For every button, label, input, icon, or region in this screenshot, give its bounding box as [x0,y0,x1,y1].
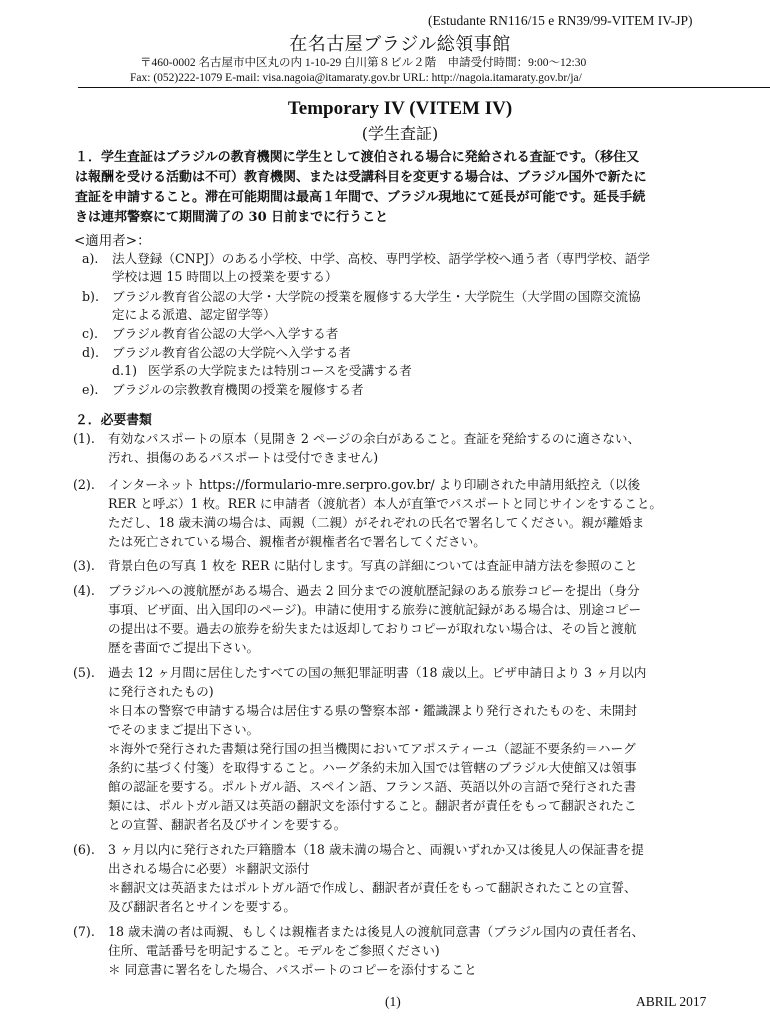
document-item-line: でそのままご提出下さい。 [108,721,259,739]
contact-line: Fax: (052)222-1079 E-mail: visa.nagoia@i… [130,72,582,84]
eligibility-item-line: 定による派遣、認定留学等） [112,306,276,324]
document-item-line: との宣誓、翻訳者名及びサインを要する。 [108,816,346,834]
eligibility-item-line: 医学系の大学院または特別コースを受講する者 [148,362,412,380]
eligibility-item-line: 法人登録（CNPJ）のある小学校、中学、高校、専門学校、語学学校へ通う者（専門学… [112,250,650,268]
item-marker: a). [82,250,98,268]
document-item-line: ブラジルへの渡航歴がある場合、過去 2 回分までの渡航歴記録のある旅券コピーを提… [108,582,640,600]
eligibility-item-line: ブラジル教育省公認の大学へ入学する者 [112,325,338,343]
document-item-line: 条約に基づく付箋）を取得すること。ハーグ条約未加入国では管轄のブラジル大使館又は… [108,759,637,777]
document-item-line: 類には、ポルトガル語又は英語の翻訳文を添付すること。翻訳者が責任をもって翻訳され… [108,797,637,815]
item-marker: d.1) [112,362,137,380]
document-item-line: 有効なパスポートの原本（見開き 2 ページの余白があること。査証を発給するのに適… [108,430,640,448]
document-item-line: 3 ヶ月以内に発行された戸籍謄本（18 歳未満の場合と、両親いずれか又は後見人の… [108,841,644,859]
eligibility-item-line: ブラジル教育省公認の大学院へ入学する者 [112,344,351,362]
section-1-line: 査証を申請すること。滞在可能期間は最高１年間で、ブラジル現地にて延長が可能です。… [75,189,645,207]
document-item-line: 汚れ、損傷のあるパスポートは受付できません) [108,449,378,467]
document-item-line: に発行されたもの) [108,683,214,701]
eligibility-item-line: 学校は週 15 時間以上の授業を要する） [112,268,338,286]
item-marker: d). [82,344,99,362]
page-number: (1) [385,994,401,1010]
item-marker: (2). [73,476,95,494]
item-marker: (3). [73,557,95,575]
document-item-line: たは死亡されている場合、親権者が親権者名で署名してください。 [108,533,486,551]
document-item-line: ＊翻訳文は英語またはポルトガル語で作成し、翻訳者が責任をもって翻訳されたことの宣… [108,879,637,897]
section-1-line: は報酬を受ける活動は不可）教育機関、または受講科目を変更する場合は、ブラジル国外… [75,169,647,187]
document-item-line: 18 歳未満の者は両親、もしくは親権者または後見人の渡航同意書（ブラジル国内の責… [108,923,644,941]
document-item-line: 及び翻訳者名とサインを要する。 [108,898,296,916]
item-marker: (7). [73,923,95,941]
document-item-line: 住所、電話番号を明記すること。モデルをご参照ください) [108,942,440,960]
item-marker: c). [82,325,98,343]
header-divider [78,87,770,88]
document-item-line: 事項、ビザ面、出入国印のページ)。申請に使用する旅券に渡航記録がある場合は、別途… [108,601,641,619]
regulation-reference: (Estudante RN116/15 e RN39/99-VITEM IV-J… [428,13,692,29]
document-item-line: ＊ 同意書に署名をした場合、パスポートのコピーを添付すること [108,961,477,979]
section-1-line: １．学生査証はブラジルの教育機関に学生として渡伯される場合に発給される査証です。… [75,149,639,167]
section-2-heading: ２．必要書類 [75,412,152,430]
item-marker: (1). [73,430,95,448]
document-item-line: 館の認証を要する。ポルトガル語、スペイン語、フランス語、英語以外の言語で発行され… [108,778,636,796]
document-title: Temporary IV (VITEM IV) [0,98,770,120]
document-item-line: 過去 12 ヶ月間に居住したすべての国の無犯罪証明書（18 歳以上。ビザ申請日よ… [108,664,646,682]
item-marker: (4). [73,582,95,600]
address-line: 〒460-0002 名古屋市中区丸の内 1-10-29 白川第８ビル２階 申請受… [140,54,586,70]
document-subtitle: (学生査証) [0,121,770,144]
eligibility-heading: <適用者>： [74,232,151,250]
document-item-line: 出される場合に必要）＊翻訳文添付 [108,860,310,878]
item-marker: b). [82,288,99,306]
item-marker: e). [82,381,98,399]
document-item-line: の提出は不要。過去の旅券を紛失または返却しておりコピーが取れない場合は、その旨と… [108,620,636,638]
eligibility-item-line: ブラジルの宗教教育機関の授業を履修する者 [112,381,364,399]
item-marker: (5). [73,664,95,682]
section-1-line: きは連邦警察にて期間満了の 30 日前までに行うこと [75,209,388,227]
document-item-line: 背景白色の写真 1 枚を RER に貼付します。写真の詳細については査証申請方法… [108,557,638,575]
eligibility-item-line: ブラジル教育省公認の大学・大学院の授業を履修する大学生・大学院生（大学間の国際交… [112,288,641,306]
document-item-line: インターネット https://formulario-mre.serpro.go… [108,476,640,494]
document-item-line: ただし、18 歳未満の場合は、両親（二親）がそれぞれの氏名で署名してください。親… [108,514,644,532]
document-date: ABRIL 2017 [636,994,706,1010]
organization-name: 在名古屋ブラジル総領事館 [0,30,770,56]
document-item-line: ＊日本の警察で申請する場合は居住する県の警察本部・鑑識課より発行されたものを、未… [108,702,637,720]
document-item-line: RER と呼ぶ）1 枚。RER に申請者（渡航者）本人が直筆でパスポートと同じサ… [108,495,662,513]
document-item-line: 歴を書面でご提出下さい。 [108,639,259,657]
item-marker: (6). [73,841,95,859]
document-item-line: ＊海外で発行された書類は発行国の担当機関においてアポスティーユ（認証不要条約＝ハ… [108,740,636,758]
